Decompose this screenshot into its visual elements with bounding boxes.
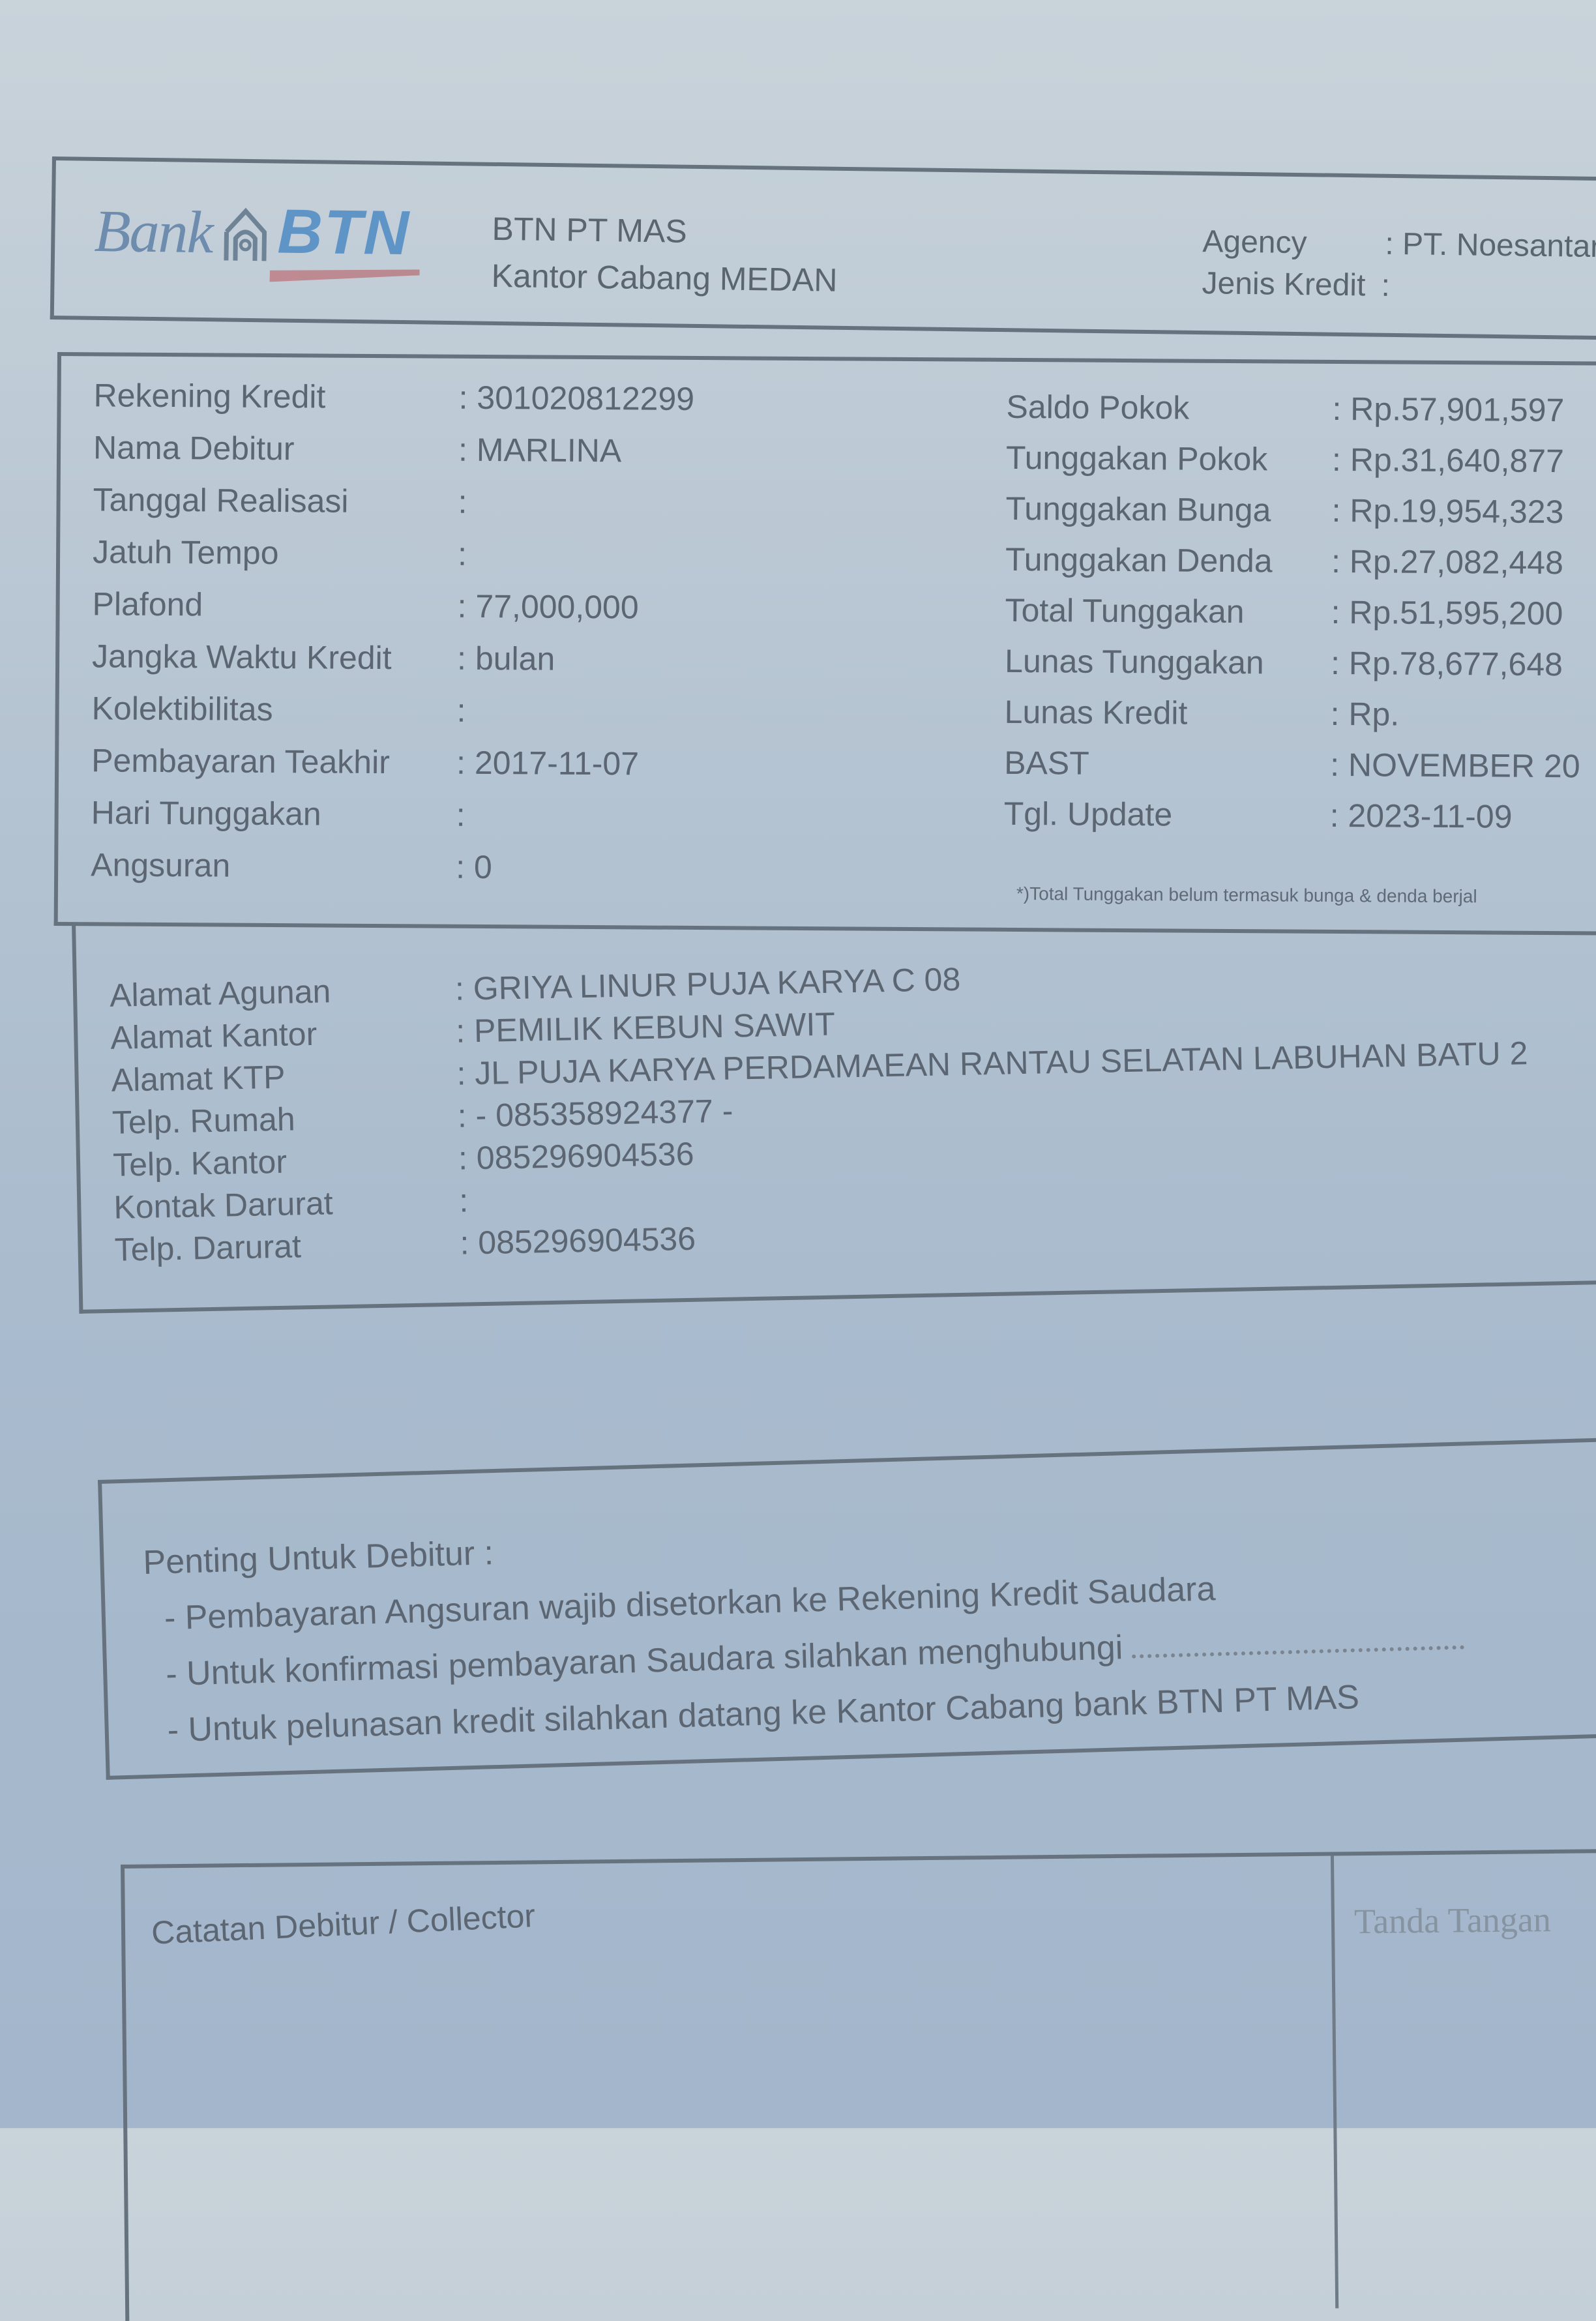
balance-field-row: Tunggakan Denda: Rp.27,082,448 — [1005, 534, 1582, 588]
contact-field-label: Kontak Darurat — [113, 1181, 460, 1226]
balance-field-value: : Rp.78,677,648 — [1331, 644, 1563, 683]
account-left-column: Rekening Kredit: 301020812299Nama Debitu… — [91, 369, 694, 894]
balance-field-label: Saldo Pokok — [1006, 388, 1332, 428]
contact-field-label: Alamat Agunan — [110, 969, 456, 1014]
account-field-value: : MARLINA — [458, 431, 621, 470]
agency-info: Agency : PT. Noesantar Jenis Kredit : — [1202, 221, 1596, 310]
agency-label: Agency — [1202, 221, 1385, 265]
balance-field-label: BAST — [1004, 744, 1330, 784]
balance-field-row: Total Tunggakan: Rp.51,595,200 — [1005, 585, 1581, 639]
account-field-value: : — [456, 796, 465, 834]
contact-blank-line — [1132, 1626, 1465, 1659]
document-page: Bank BTN BTN PT MAS Kantor Cabang MEDAN … — [0, 0, 1596, 2128]
balance-field-value: : 2023-11-09 — [1330, 797, 1513, 836]
account-field-label: Rekening Kredit — [93, 376, 458, 416]
account-field-label: Plafond — [92, 585, 457, 625]
account-field-value: : — [458, 483, 467, 521]
balance-field-value: : NOVEMBER 20 — [1330, 746, 1580, 785]
account-field-label: Jangka Waktu Kredit — [92, 637, 457, 677]
account-field-value: : bulan — [457, 640, 555, 678]
branch-name: Kantor Cabang MEDAN — [491, 252, 838, 304]
credit-type-value: : — [1381, 265, 1390, 307]
contact-field-label: Telp. Kantor — [113, 1139, 459, 1183]
balance-field-value: : Rp.57,901,597 — [1332, 390, 1564, 429]
account-field-label: Tanggal Realisasi — [93, 480, 458, 520]
account-field-row: Nama Debitur: MARLINA — [93, 421, 694, 477]
account-field-label: Angsuran — [91, 846, 456, 885]
contact-field-value: : 085296904536 — [460, 1219, 696, 1262]
agency-value: : PT. Noesantar — [1385, 224, 1596, 268]
balance-field-label: Lunas Tunggakan — [1005, 642, 1331, 682]
balance-field-row: Tunggakan Pokok: Rp.31,640,877 — [1006, 432, 1582, 486]
bank-logo: Bank BTN — [94, 194, 411, 269]
contact-field-label: Telp. Rumah — [111, 1097, 458, 1141]
account-info-box: Rekening Kredit: 301020812299Nama Debitu… — [54, 352, 1596, 936]
balance-field-value: : Rp. — [1330, 695, 1399, 733]
logo-bank-word: Bank — [94, 196, 213, 267]
account-field-row: Hari Tunggakan: — [91, 786, 692, 842]
account-field-row: Jatuh Tempo: — [93, 525, 694, 582]
contact-field-label: Alamat KTP — [111, 1054, 457, 1099]
account-field-row: Angsuran: 0 — [91, 838, 692, 894]
balance-field-label: Tunggakan Bunga — [1005, 490, 1331, 529]
debtor-notice-box: Penting Untuk Debitur : - Pembayaran Ang… — [98, 1434, 1596, 1780]
balance-field-row: Lunas Kredit: Rp. — [1004, 687, 1580, 741]
balance-field-row: BAST: NOVEMBER 20 — [1004, 737, 1580, 791]
header-box: Bank BTN BTN PT MAS Kantor Cabang MEDAN … — [50, 156, 1596, 341]
house-icon — [222, 205, 269, 265]
account-field-value: : 0 — [456, 848, 492, 886]
branch-info: BTN PT MAS Kantor Cabang MEDAN — [491, 205, 838, 304]
notes-title: Catatan Debitur / Collector — [151, 1897, 536, 1952]
account-field-value: : 2017-11-07 — [456, 744, 639, 783]
account-field-value: : — [456, 692, 465, 730]
credit-type-label: Jenis Kredit — [1202, 263, 1382, 307]
balance-field-value: : Rp.19,954,323 — [1331, 492, 1563, 531]
account-field-row: Tanggal Realisasi: — [93, 473, 694, 529]
contact-field-value: : — [459, 1181, 469, 1219]
account-field-row: Jangka Waktu Kredit: bulan — [92, 630, 693, 686]
account-right-column: Saldo Pokok: Rp.57,901,597Tunggakan Poko… — [1003, 381, 1582, 842]
address-box: Alamat Agunan: GRIYA LINUR PUJA KARYA C … — [72, 891, 1596, 1314]
balance-field-row: Tunggakan Bunga: Rp.19,954,323 — [1005, 483, 1582, 537]
balance-field-row: Saldo Pokok: Rp.57,901,597 — [1006, 381, 1582, 436]
account-field-value: : 77,000,000 — [457, 587, 638, 627]
balance-field-label: Tgl. Update — [1004, 795, 1330, 835]
account-field-label: Kolektibilitas — [91, 689, 456, 729]
logo-brand: BTN — [277, 196, 411, 270]
balance-field-row: Lunas Tunggakan: Rp.78,677,648 — [1005, 636, 1581, 690]
contact-field-value: : GRIYA LINUR PUJA KARYA C 08 — [454, 960, 960, 1007]
account-field-row: Plafond: 77,000,000 — [92, 578, 693, 634]
contact-field-value: : PEMILIK KEBUN SAWIT — [456, 1005, 836, 1050]
contact-field-label: Telp. Darurat — [114, 1224, 460, 1268]
account-field-label: Nama Debitur — [93, 428, 458, 468]
signature-title: Tanda Tangan — [1354, 1899, 1551, 1942]
account-field-row: Kolektibilitas: — [91, 682, 692, 738]
signature-column: Tanda Tangan — [1331, 1852, 1596, 2128]
account-field-label: Hari Tunggakan — [91, 793, 456, 833]
balance-field-row: Tgl. Update: 2023-11-09 — [1003, 788, 1580, 842]
account-field-row: Rekening Kredit: 301020812299 — [93, 369, 694, 425]
balance-field-label: Tunggakan Denda — [1005, 540, 1331, 580]
balance-field-value: : Rp.27,082,448 — [1331, 542, 1563, 582]
logo-swoosh — [270, 267, 420, 284]
notes-box: Catatan Debitur / Collector Tanda Tangan — [121, 1848, 1596, 2128]
debtor-notice: Penting Untuk Debitur : - Pembayaran Ang… — [142, 1498, 1466, 1759]
balance-field-label: Total Tunggakan — [1005, 591, 1331, 631]
account-field-label: Pembayaran Teakhir — [91, 741, 456, 781]
contact-field-label: Alamat Kantor — [110, 1012, 456, 1056]
balance-field-label: Lunas Kredit — [1004, 693, 1330, 733]
account-field-value: : 301020812299 — [458, 379, 694, 418]
balance-field-label: Tunggakan Pokok — [1006, 439, 1332, 479]
balance-field-value: : Rp.31,640,877 — [1332, 441, 1564, 480]
balance-field-value: : Rp.51,595,200 — [1331, 593, 1563, 632]
address-list: Alamat Agunan: GRIYA LINUR PUJA KARYA C … — [110, 947, 1531, 1271]
contact-field-value: : - 085358924377 - — [457, 1091, 733, 1134]
account-field-row: Pembayaran Teakhir: 2017-11-07 — [91, 734, 692, 790]
company-name: BTN PT MAS — [492, 205, 838, 257]
contact-field-value: : 085296904536 — [458, 1134, 694, 1177]
account-field-value: : — [458, 535, 467, 573]
account-field-label: Jatuh Tempo — [93, 533, 458, 572]
